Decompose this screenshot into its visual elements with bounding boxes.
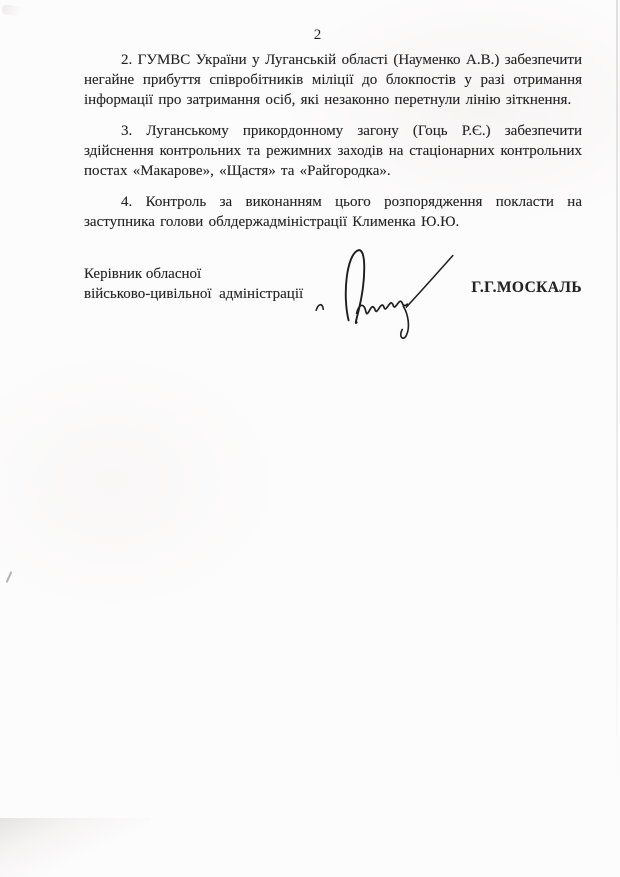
paragraph-item-3: 3. Луганському прикордонному загону (Гоц… xyxy=(84,121,582,181)
signatory-role: Керівник обласної військово-цивільної ад… xyxy=(84,264,303,304)
signature-block: Керівник обласної військово-цивільної ад… xyxy=(84,264,582,354)
scan-slash-mark-artifact xyxy=(6,571,13,583)
page-number: 2 xyxy=(16,27,620,44)
paragraph-item-2: 2. ГУМВС України у Луганській області (Н… xyxy=(84,50,582,110)
scanned-document-page: 2 2. ГУМВС України у Луганській області … xyxy=(0,0,620,877)
scan-edge-right-artifact xyxy=(616,0,618,877)
signatory-role-line-1: Керівник обласної xyxy=(84,264,303,284)
signatory-role-line-2: військово-цивільної адміністрації xyxy=(84,284,303,304)
paragraph-item-4: 4. Контроль за виконанням цього розпоряд… xyxy=(84,192,582,232)
scan-fold-bottomleft-artifact xyxy=(0,818,150,877)
document-body: 2. ГУМВС України у Луганській області (Н… xyxy=(84,50,582,243)
signatory-name: Г.Г.МОСКАЛЬ xyxy=(471,279,582,297)
scan-smudge-topleft-artifact xyxy=(1,4,28,18)
handwritten-signature-icon xyxy=(302,242,464,344)
